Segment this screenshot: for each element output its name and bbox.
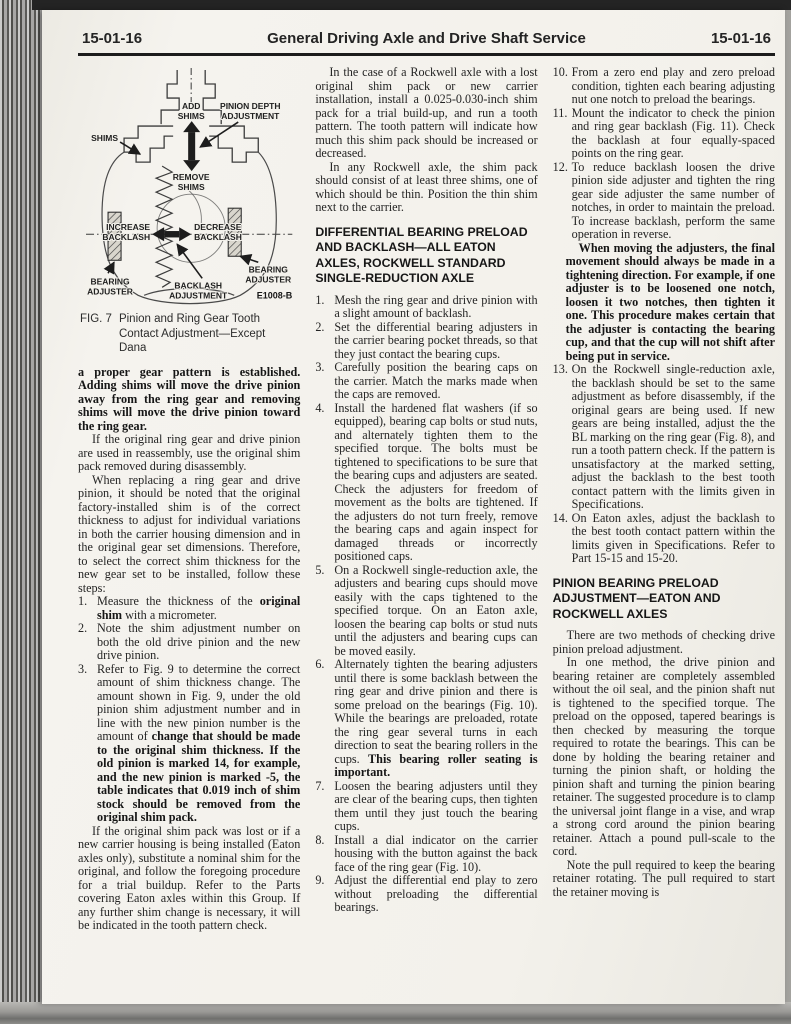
list-number: 2. bbox=[315, 321, 324, 335]
list-item: 1.Mesh the ring gear and drive pinion wi… bbox=[315, 294, 537, 321]
paragraph: If the original shim pack was lost or if… bbox=[78, 825, 300, 933]
list-number: 3. bbox=[78, 663, 87, 677]
left-column-text: a proper gear pattern is established. Ad… bbox=[78, 366, 300, 933]
list-number: 8. bbox=[315, 834, 324, 848]
column-left: ADD SHIMS PINION DEPTH ADJUSTMENT SHIMS … bbox=[78, 66, 300, 933]
right-column-text: 10.From a zero end play and zero preload… bbox=[553, 66, 775, 899]
svg-text:ADJUSTMENT: ADJUSTMENT bbox=[221, 111, 280, 121]
paragraph: There are two methods of checking drive … bbox=[553, 629, 775, 656]
list-item: 13.On the Rockwell single-reduction axle… bbox=[553, 363, 775, 512]
figure-7: ADD SHIMS PINION DEPTH ADJUSTMENT SHIMS … bbox=[78, 66, 300, 306]
scan-bottom-shadow bbox=[0, 1002, 791, 1024]
label-bearing-adjuster-right: BEARING bbox=[249, 264, 289, 274]
list-item: 8.Install a dial indicator on the carrie… bbox=[315, 834, 537, 875]
list-number: 6. bbox=[315, 658, 324, 672]
paragraph: In the case of a Rockwell axle with a lo… bbox=[315, 66, 537, 161]
bearing-adjuster-right-pointer bbox=[240, 256, 258, 262]
section-heading: DIFFERENTIAL BEARING PRELOAD AND BACKLAS… bbox=[315, 225, 537, 287]
list-number: 1. bbox=[78, 595, 87, 609]
ring-gear-teeth bbox=[156, 166, 172, 287]
label-remove-shims: REMOVE bbox=[173, 172, 210, 182]
paragraph: a proper gear pattern is established. Ad… bbox=[78, 366, 300, 434]
list-item: 9.Adjust the differential end play to ze… bbox=[315, 874, 537, 915]
paragraph: When moving the adjusters, the final mov… bbox=[566, 242, 775, 364]
list-item: 3.Refer to Fig. 9 to determine the corre… bbox=[78, 663, 300, 825]
column-middle: In the case of a Rockwell axle with a lo… bbox=[315, 66, 537, 933]
svg-text:ADJUSTER: ADJUSTER bbox=[245, 274, 291, 284]
paragraph: In any Rockwell axle, the shim pack shou… bbox=[315, 161, 537, 215]
list-item: 2.Note the shim adjustment number on bot… bbox=[78, 622, 300, 663]
figure-caption-text: Pinion and Ring Gear Tooth Contact Adjus… bbox=[119, 312, 265, 356]
svg-text:BACKLASH: BACKLASH bbox=[102, 232, 150, 242]
column-right: 10.From a zero end play and zero preload… bbox=[553, 66, 775, 933]
list-number: 2. bbox=[78, 622, 87, 636]
paragraph: When replacing a ring gear and drive pin… bbox=[78, 474, 300, 596]
svg-text:ADJUSTER: ADJUSTER bbox=[87, 286, 133, 296]
list-number: 9. bbox=[315, 874, 324, 888]
manual-page: 15-01-16 General Driving Axle and Drive … bbox=[42, 10, 785, 1004]
list-item: 3.Carefully position the bearing caps on… bbox=[315, 361, 537, 402]
label-pinion-depth-adjustment: PINION DEPTH bbox=[220, 101, 280, 111]
figure-code: E1008-B bbox=[257, 290, 293, 300]
list-item: 10.From a zero end play and zero preload… bbox=[553, 66, 775, 107]
list-item: 2.Set the differential bearing adjusters… bbox=[315, 321, 537, 362]
list-number: 11. bbox=[553, 107, 568, 121]
scanned-page: 15-01-16 General Driving Axle and Drive … bbox=[0, 0, 791, 1024]
list-number: 12. bbox=[553, 161, 568, 175]
page-number-right: 15-01-16 bbox=[711, 30, 771, 47]
svg-text:SHIMS: SHIMS bbox=[178, 182, 205, 192]
page-header: 15-01-16 General Driving Axle and Drive … bbox=[78, 30, 775, 56]
list-item: 4.Install the hardened flat washers (if … bbox=[315, 402, 537, 564]
label-shims: SHIMS bbox=[91, 133, 118, 143]
backlash-arrow bbox=[152, 227, 191, 241]
middle-column-text: In the case of a Rockwell axle with a lo… bbox=[315, 66, 537, 915]
section-heading: PINION BEARING PRELOAD ADJUSTMENT—EATON … bbox=[553, 576, 775, 623]
paragraph: If the original ring gear and drive pini… bbox=[78, 433, 300, 474]
list-number: 4. bbox=[315, 402, 324, 416]
svg-text:ADJUSTMENT: ADJUSTMENT bbox=[169, 290, 228, 300]
list-number: 14. bbox=[553, 512, 568, 526]
three-column-body: ADD SHIMS PINION DEPTH ADJUSTMENT SHIMS … bbox=[78, 66, 775, 933]
list-item: 1.Measure the thickness of the original … bbox=[78, 595, 300, 622]
paragraph: Note the pull required to keep the beari… bbox=[553, 859, 775, 900]
list-item: 12.To reduce backlash loosen the drive p… bbox=[553, 161, 775, 242]
list-number: 5. bbox=[315, 564, 324, 578]
figure-caption: FIG. 7 Pinion and Ring Gear Tooth Contac… bbox=[80, 312, 300, 356]
list-number: 7. bbox=[315, 780, 324, 794]
list-item: 11.Mount the indicator to check the pini… bbox=[553, 107, 775, 161]
svg-text:BACKLASH: BACKLASH bbox=[194, 232, 242, 242]
page-number-left: 15-01-16 bbox=[82, 30, 142, 47]
page-title: General Driving Axle and Drive Shaft Ser… bbox=[142, 30, 711, 47]
label-backlash-adjustment: BACKLASH bbox=[174, 280, 222, 290]
list-item: 7.Loosen the bearing adjusters until the… bbox=[315, 780, 537, 834]
list-number: 1. bbox=[315, 294, 324, 308]
pinion-depth-arrow bbox=[183, 121, 200, 171]
list-item: 6.Alternately tighten the bearing adjust… bbox=[315, 658, 537, 780]
figure-caption-number: FIG. 7 bbox=[80, 312, 112, 356]
list-number: 3. bbox=[315, 361, 324, 375]
scan-top-shadow bbox=[32, 0, 791, 10]
paragraph: In one method, the drive pinion and bear… bbox=[553, 656, 775, 859]
label-add-shims: ADD bbox=[182, 101, 200, 111]
book-binding-edge bbox=[0, 0, 44, 1024]
list-item: 5.On a Rockwell single-reduction axle, t… bbox=[315, 564, 537, 659]
label-bearing-adjuster-left: BEARING bbox=[90, 276, 130, 286]
label-decrease-backlash: DECREASE bbox=[194, 222, 242, 232]
list-number: 10. bbox=[553, 66, 568, 80]
list-item: 14.On Eaton axles, adjust the backlash t… bbox=[553, 512, 775, 566]
label-increase-backlash: INCREASE bbox=[106, 222, 150, 232]
pinion-diagram: ADD SHIMS PINION DEPTH ADJUSTMENT SHIMS … bbox=[78, 66, 300, 306]
list-number: 13. bbox=[553, 363, 568, 377]
svg-text:SHIMS: SHIMS bbox=[178, 111, 205, 121]
